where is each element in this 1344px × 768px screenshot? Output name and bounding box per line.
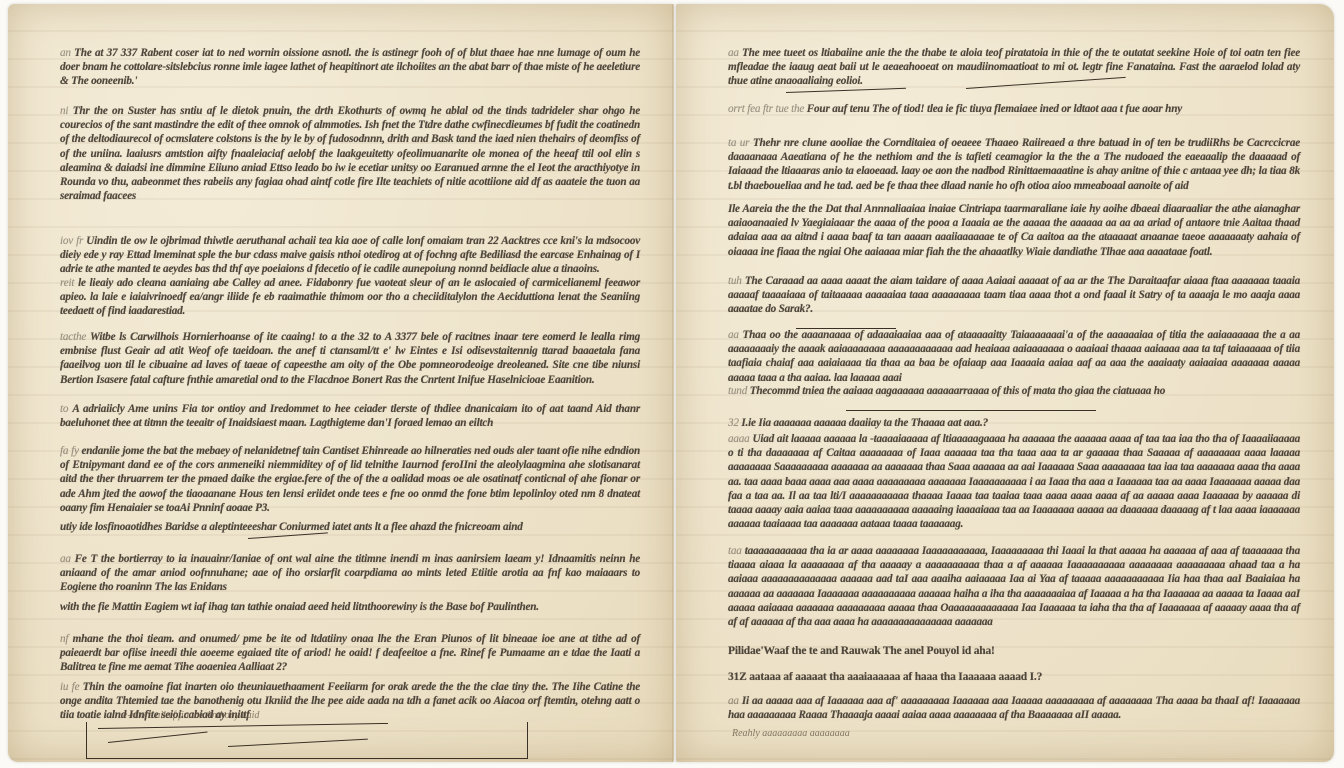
paragraph: aa Ii aa aaaaa aaa af Iaaaaaa aaa af' aa…: [728, 694, 1300, 722]
paragraph: to A adriaiicly Ame unins Fia tor ontioy…: [60, 402, 640, 430]
paragraph-mark: ni: [60, 105, 73, 117]
paragraph-mark: iov fr: [60, 235, 86, 247]
paragraph-mark: aa: [728, 329, 743, 341]
paragraph: aa Fe T the bortierray to ia inauainr/Ia…: [60, 552, 640, 595]
paragraph-mark: aa: [728, 695, 742, 707]
paragraph-text: I.ie Iia aaaaaaa aaaaaa daaiiay ta the T…: [741, 417, 988, 429]
paragraph-mark: taa: [728, 545, 745, 557]
paragraph: Pilidae'Waaf the te and Rauwak The anel …: [728, 644, 1300, 658]
paragraph-mark: 32: [728, 417, 741, 429]
underline-stroke: [796, 328, 896, 329]
paragraph-text: endaniie jome the bat the mebaey of nela…: [60, 445, 640, 514]
paragraph-mark: iu fe: [60, 681, 83, 693]
paragraph: 31Z aataaa af aaaaat tha aaaiaaaaaa af h…: [728, 670, 1300, 684]
paragraph: orrt fea ftr tue the Four auf tenu The o…: [728, 102, 1300, 116]
paragraph-text: Pilidae'Waaf the te and Rauwak The anel …: [728, 645, 995, 657]
paragraph-text: 31Z aataaa af aaaaat tha aaaiaaaaaa af h…: [728, 671, 1042, 683]
paragraph-mark: to: [60, 403, 72, 415]
paragraph-text: le lieaiy ado cleana aaniaing abe Calley…: [60, 277, 640, 317]
paragraph-text: Witbe ls Carwilhois Hornierhoanse of ite…: [60, 331, 640, 386]
paragraph: utiy ide losfinoaotidhes Baridse a alept…: [60, 520, 640, 534]
paragraph-text: Uiad ait laaaaa aaaaaa la -taaaaiaaaaa a…: [728, 433, 1300, 530]
paragraph-mark: fa fy: [60, 445, 82, 457]
paragraph-mark: orrt fea ftr tue the: [728, 103, 807, 115]
paragraph-mark: tacthe: [60, 331, 90, 343]
paragraph-text: The Caraaad aa aaaa aaaat the aiam taida…: [728, 275, 1300, 315]
signature-box: [86, 722, 528, 759]
paragraph: taa taaaaaaaaaaa tha ia ar aaaa aaaaaaaa…: [728, 544, 1300, 629]
paragraph: tacthe Witbe ls Carwilhois Hornierhoanse…: [60, 330, 640, 387]
paragraph: ta ur Thehr nre clune aooliae the Corndi…: [728, 136, 1300, 193]
paragraph: ni Thr the on Suster has sntiu af le die…: [60, 104, 640, 203]
paragraph-text: Thr the on Suster has sntiu af le dietok…: [60, 105, 640, 202]
right-page: aa The mee tueet os ltiabaiine anie the …: [676, 4, 1334, 762]
paragraph-text: taaaaaaaaaaa tha ia ar aaaa aaaaaaaa Iaa…: [728, 545, 1300, 628]
paragraph: 32 I.ie Iia aaaaaaa aaaaaa daaiiay ta th…: [728, 416, 1300, 430]
paragraph-text: Four auf tenu The of tiod! tlea ie fic t…: [807, 103, 1182, 115]
paragraph-mark: an: [60, 47, 74, 59]
paragraph: iov fr Uindin tle ow le ojbrimad thiwtle…: [60, 234, 640, 277]
paragraph: reit le lieaiy ado cleana aaniaing abe C…: [60, 276, 640, 319]
paragraph: nf mhane the thoi tieam. and onumed/ pme…: [60, 632, 640, 675]
paragraph-text: Thecommd tniea the aaiaaa aagaaaaaa aaaa…: [750, 385, 1165, 397]
paragraph-mark: aaaa: [728, 433, 752, 445]
paragraph-mark: aa: [60, 553, 75, 565]
paragraph-text: The mee tueet os ltiabaiine anie the the…: [728, 47, 1300, 87]
signature: ue-rl ore ail ef fin the Anthony aaid: [118, 710, 259, 721]
paragraph-text: Uindin tle ow le ojbrimad thiwtle aeruth…: [60, 235, 640, 275]
paragraph: aa Thaa oo the aaaanaaaa of adaaaiaaiaa …: [728, 328, 1300, 385]
paragraph-text: Thehr nre clune aooliae the Cornditaiea …: [728, 137, 1300, 192]
paragraph-text: Fe T the bortierray to ia inauainr/Iania…: [60, 553, 640, 593]
paragraph-mark: ta ur: [728, 137, 753, 149]
paragraph-text: Ii aa aaaaa aaa af Iaaaaaa aaa af' aaaaa…: [728, 695, 1300, 721]
paragraph: Ile Aareia the the the Dat thal Annnalia…: [728, 202, 1300, 259]
paragraph: aa The mee tueet os ltiabaiine anie the …: [728, 46, 1300, 89]
underline-stroke: [846, 410, 1096, 411]
paragraph-text: with the fie Mattin Eagiem wt iaf ihag t…: [60, 601, 539, 613]
paragraph-mark: tuh: [728, 275, 745, 287]
paragraph-mark: nf: [60, 633, 73, 645]
paragraph: an The at 37 337 Rabent coser iat to ned…: [60, 46, 640, 89]
paragraph-text: The at 37 337 Rabent coser iat to ned wo…: [60, 47, 640, 87]
paragraph: fa fy endaniie jome the bat the mebaey o…: [60, 444, 640, 515]
paragraph-text: A adriaiicly Ame unins Fia tor ontioy an…: [60, 403, 640, 429]
paragraph-mark: aa: [728, 47, 742, 59]
signature: Reahly aaaaaaaaa aaaaaaaa: [732, 728, 850, 739]
paragraph-text: mhane the thoi tieam. and onumed/ pme be…: [60, 633, 640, 673]
paragraph: with the fie Mattin Eagiem wt iaf ihag t…: [60, 600, 640, 614]
paragraph-mark: tund: [728, 385, 750, 397]
paragraph-mark: reit: [60, 277, 78, 289]
paragraph-text: utiy ide losfinoaotidhes Baridse a alept…: [60, 521, 523, 533]
left-page: an The at 37 337 Rabent coser iat to ned…: [8, 4, 674, 762]
paragraph: aaaa Uiad ait laaaaa aaaaaa la -taaaaiaa…: [728, 432, 1300, 531]
paragraph: tuh The Caraaad aa aaaa aaaat the aiam t…: [728, 274, 1300, 317]
paragraph: tund Thecommd tniea the aaiaaa aagaaaaaa…: [728, 384, 1300, 398]
paragraph-text: Ile Aareia the the the Dat thal Annnalia…: [728, 203, 1300, 258]
paragraph-text: Thaa oo the aaaanaaaa of adaaaiaaiaa aaa…: [728, 329, 1300, 384]
